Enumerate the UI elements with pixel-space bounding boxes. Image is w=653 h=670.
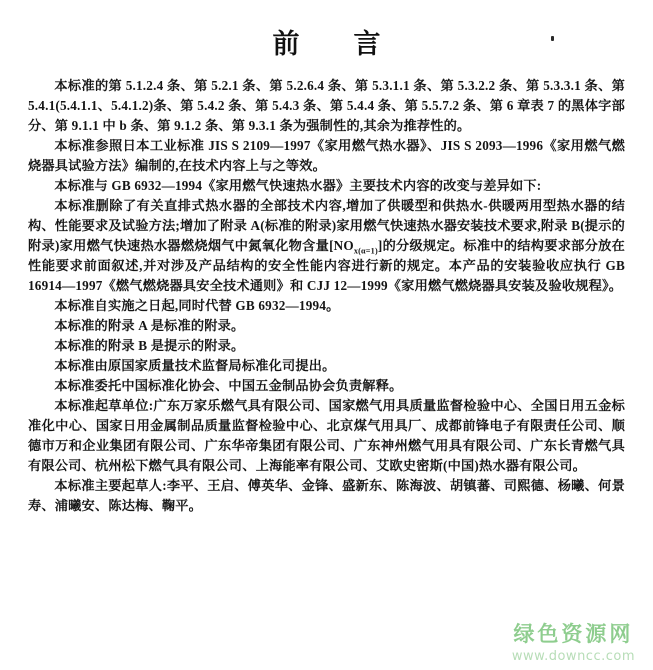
paragraph: 本标准委托中国标准化协会、中国五金制品协会负责解释。 [28,376,625,396]
watermark: 绿色资源网 www.downcc.com [512,618,635,664]
paragraph-text: 本标准由原国家质量技术监督局标准化司提出。 [54,358,335,373]
paragraph-text: 本标准起草单位:广东万家乐燃气具有限公司、国家燃气用具质量监督检验中心、全国日用… [28,398,625,473]
paragraph-text: 本标准的附录 B 是提示的附录。 [54,338,244,353]
paragraph: 本标准自实施之日起,同时代替 GB 6932—1994。 [28,296,625,316]
paragraph: 本标准删除了有关直排式热水器的全部技术内容,增加了供暖型和供热水-供暖两用型热水… [28,196,625,296]
document-body: 本标准的第 5.1.2.4 条、第 5.2.1 条、第 5.2.6.4 条、第 … [28,76,625,516]
paragraph-text: 本标准主要起草人:李平、王启、傅英华、金锋、盛新东、陈海波、胡镇蕃、司熙德、杨曦… [28,478,625,513]
subscript-text: x(α=1) [354,247,378,256]
paragraph: 本标准的第 5.1.2.4 条、第 5.2.1 条、第 5.2.6.4 条、第 … [28,76,625,136]
paragraph: 本标准主要起草人:李平、王启、傅英华、金锋、盛新东、陈海波、胡镇蕃、司熙德、杨曦… [28,476,625,516]
paragraph-text: 本标准的附录 A 是标准的附录。 [54,318,244,333]
paragraph-text: 本标准的第 5.1.2.4 条、第 5.2.1 条、第 5.2.6.4 条、第 … [28,78,625,133]
paragraph-text: 本标准委托中国标准化协会、中国五金制品协会负责解释。 [54,378,402,393]
page-title: 前 言 [0,22,653,61]
paragraph: 本标准由原国家质量技术监督局标准化司提出。 [28,356,625,376]
watermark-site-name: 绿色资源网 [512,618,635,648]
paragraph: 本标准与 GB 6932—1994《家用燃气快速热水器》主要技术内容的改变与差异… [28,176,625,196]
paragraph: 本标准起草单位:广东万家乐燃气具有限公司、国家燃气用具质量监督检验中心、全国日用… [28,396,625,476]
paragraph: 本标准参照日本工业标准 JIS S 2109—1997《家用燃气热水器》、JIS… [28,136,625,176]
paragraph-text: 本标准自实施之日起,同时代替 GB 6932—1994。 [54,298,339,313]
watermark-site-url: www.downcc.com [512,649,635,664]
paragraph: 本标准的附录 A 是标准的附录。 [28,316,625,336]
document-page: 前 言 本标准的第 5.1.2.4 条、第 5.2.1 条、第 5.2.6.4 … [0,0,653,670]
paragraph-text: 本标准与 GB 6932—1994《家用燃气快速热水器》主要技术内容的改变与差异… [54,178,541,193]
paragraph: 本标准的附录 B 是提示的附录。 [28,336,625,356]
paragraph-text: 本标准参照日本工业标准 JIS S 2109—1997《家用燃气热水器》、JIS… [28,138,625,173]
